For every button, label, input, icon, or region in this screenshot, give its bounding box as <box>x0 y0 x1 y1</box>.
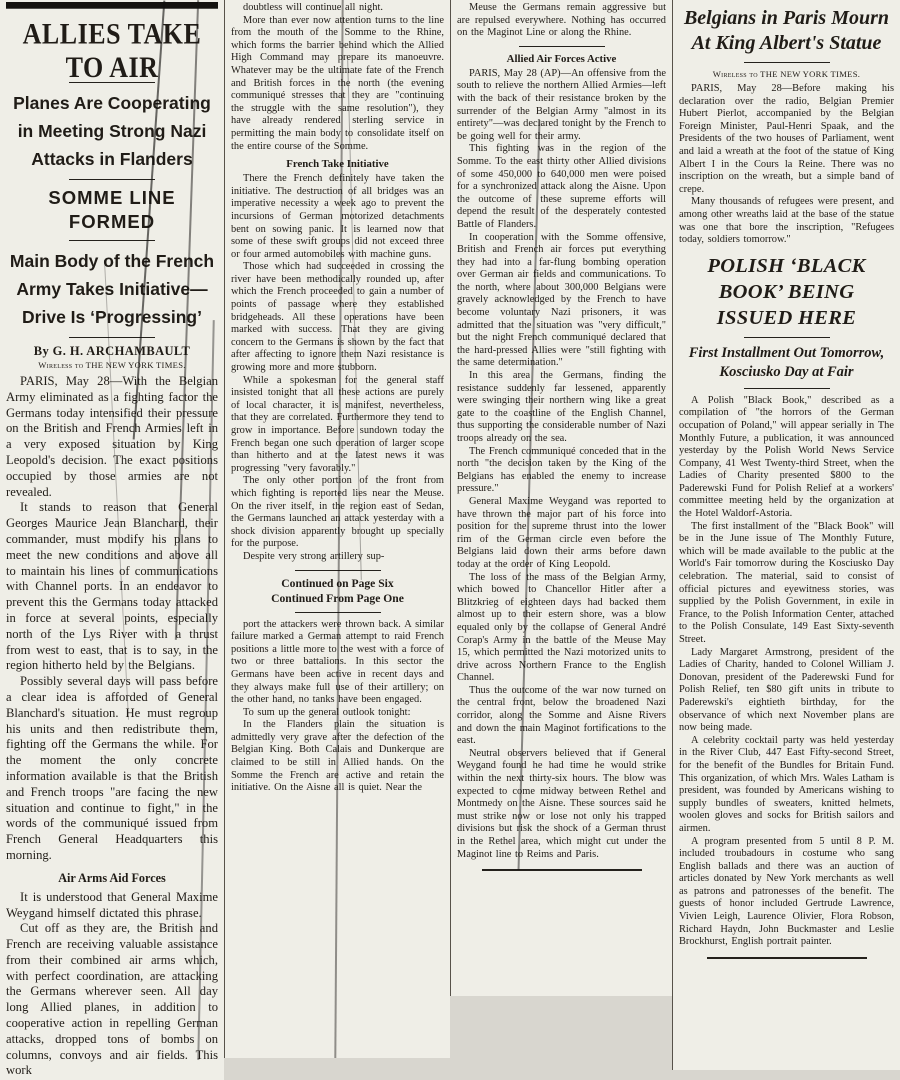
deck-headline: Main Body of the French Army Takes Initi… <box>6 247 218 331</box>
subheading: French Take Initiative <box>231 158 444 170</box>
paragraph: The only other portion of the front from… <box>231 475 444 551</box>
divider-rule <box>295 612 381 613</box>
paragraph: This fighting was in the region of the S… <box>457 143 666 231</box>
news-column-2: doubtless will continue all night.More t… <box>224 0 450 1058</box>
paragraph: doubtless will continue all night. <box>231 2 444 15</box>
subheading: Air Arms Aid Forces <box>6 871 218 886</box>
news-column-1: ALLIES TAKE TO AIRPlanes Are Cooperating… <box>0 0 224 1080</box>
paragraph: In the Flanders plain the situation is a… <box>231 719 444 795</box>
paragraph: Neutral observers believed that if Gener… <box>457 748 666 861</box>
paragraph: To sum up the general outlook tonight: <box>231 707 444 720</box>
paragraph: The loss of the mass of the Belgian Army… <box>457 572 666 685</box>
article-headline: POLISH ‘BLACK BOOK’ BEING ISSUED HERE <box>679 253 894 331</box>
paragraph: In this area the Germans, finding the re… <box>457 370 666 446</box>
column-layout: ALLIES TAKE TO AIRPlanes Are Cooperating… <box>0 0 900 1080</box>
divider-rule <box>69 240 155 241</box>
end-rule <box>707 957 867 959</box>
deck-headline: SOMME LINE FORMED <box>6 186 218 234</box>
paragraph: port the attackers were thrown back. A s… <box>231 619 444 707</box>
paragraph: Those which had succeeded in crossing th… <box>231 261 444 374</box>
divider-rule <box>295 570 381 571</box>
paragraph: While a spokesman for the general staff … <box>231 375 444 476</box>
divider-rule <box>519 46 605 47</box>
paragraph: PARIS, May 28 (AP)—An offensive from the… <box>457 68 666 144</box>
main-headline: ALLIES TAKE TO AIR <box>6 2 218 85</box>
paragraph: Possibly several days will pass before a… <box>6 674 218 864</box>
paragraph: There the French definitely have taken t… <box>231 173 444 261</box>
divider-rule <box>69 337 155 338</box>
paragraph: A program presented from 5 until 8 P. M.… <box>679 836 894 949</box>
paragraph: Despite very strong artillery sup- <box>231 551 444 564</box>
paragraph: A celebrity cocktail party was held yest… <box>679 735 894 836</box>
divider-rule <box>744 337 830 338</box>
paragraph: Lady Margaret Armstrong, president of th… <box>679 647 894 735</box>
paragraph: The French communiqué conceded that in t… <box>457 446 666 496</box>
paragraph: More than ever now attention turns to th… <box>231 15 444 154</box>
divider-rule <box>744 62 830 63</box>
subheading: Allied Air Forces Active <box>457 53 666 65</box>
paragraph: It stands to reason that General Georges… <box>6 500 218 674</box>
end-rule <box>482 869 642 871</box>
paragraph: General Maxime Weygand was reported to h… <box>457 496 666 572</box>
paragraph: The first installment of the "Black Book… <box>679 521 894 647</box>
divider-rule <box>69 179 155 180</box>
paragraph: A Polish "Black Book," described as a co… <box>679 395 894 521</box>
wire-credit: Wireless to THE NEW YORK TIMES. <box>6 360 218 370</box>
paragraph: PARIS, May 28—Before making his declarat… <box>679 83 894 196</box>
deck-headline: First Installment Out Tomorrow, Kosciusk… <box>679 344 894 382</box>
paragraph: PARIS, May 28—With the Belgian Army elim… <box>6 374 218 500</box>
article-headline: Belgians in Paris Mourn At King Albert's… <box>679 6 894 56</box>
paragraph: Cut off as they are, the British and Fre… <box>6 921 218 1079</box>
news-column-3: Meuse the Germans remain aggressive but … <box>450 0 672 996</box>
news-column-4: Belgians in Paris Mourn At King Albert's… <box>672 0 900 1070</box>
continued-notice: Continued on Page Six <box>231 577 444 591</box>
wire-credit: Wireless to THE NEW YORK TIMES. <box>679 69 894 79</box>
deck-headline: Planes Are Cooperating in Meeting Strong… <box>6 89 218 173</box>
paragraph: Thus the outcome of the war now turned o… <box>457 685 666 748</box>
newspaper-page: ALLIES TAKE TO AIRPlanes Are Cooperating… <box>0 0 900 1080</box>
paragraph: It is understood that General Maxime Wey… <box>6 890 218 922</box>
paragraph: Many thousands of refugees were present,… <box>679 196 894 246</box>
byline: By G. H. ARCHAMBAULT <box>6 344 218 359</box>
divider-rule <box>744 388 830 389</box>
paragraph: In cooperation with the Somme offensive,… <box>457 232 666 371</box>
paragraph: Meuse the Germans remain aggressive but … <box>457 2 666 40</box>
continued-notice: Continued From Page One <box>231 592 444 606</box>
